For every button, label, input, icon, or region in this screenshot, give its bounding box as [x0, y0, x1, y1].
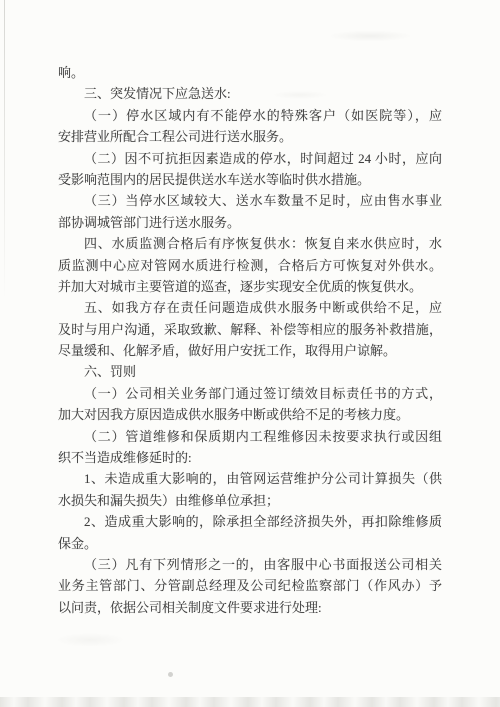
text-line: 三、突发情况下应急送水:: [58, 83, 442, 104]
scan-bottom-edge: [0, 697, 500, 707]
text-line: 业务主管部门、分管副总经理及公司纪检监察部门（作风办）予: [58, 575, 442, 596]
text-line: 安排营业所配合工程公司进行送水服务。: [58, 126, 442, 147]
text-line: 尽量缓和、化解矛盾，做好用户安抚工作，取得用户谅解。: [58, 340, 442, 361]
text-line: 部协调城管部门进行送水服务。: [58, 212, 442, 233]
text-line: （三）凡有下列情形之一的，由客服中心书面报送公司相关: [58, 554, 442, 575]
scan-edge-artifact: [4, 0, 5, 300]
text-line: 并加大对城市主要管道的巡查，逐步实现安全优质的恢复供水。: [58, 276, 442, 297]
text-line: 及时与用户沟通，采取致歉、解释、补偿等相应的服务补救措施，: [58, 319, 442, 340]
text-line: 响。: [58, 62, 442, 83]
text-line: 织不当造成维修延时的:: [58, 447, 442, 468]
text-line: 受影响范围内的居民提供送水车送水等临时供水措施。: [58, 169, 442, 190]
text-line: 2、造成重大影响的，除承担全部经济损失外，再扣除维修质: [58, 511, 442, 532]
text-line: 水损失和漏失损失）由维修单位承担；: [58, 490, 442, 511]
text-line: 保金。: [58, 533, 442, 554]
text-line: 1、未造成重大影响的，由管网运营维护分公司计算损失（供: [58, 468, 442, 489]
document-text-block: 响。三、突发情况下应急送水:（一）停水区域内有不能停水的特殊客户（如医院等），应…: [58, 62, 442, 618]
text-line: 五、如我方存在责任问题造成供水服务中断或供给不足，应: [58, 297, 442, 318]
text-line: 六、罚则: [58, 361, 442, 382]
text-line: （一）停水区域内有不能停水的特殊客户（如医院等），应: [58, 105, 442, 126]
text-line: 以问责，依据公司相关制度文件要求进行处理:: [58, 597, 442, 618]
text-line: 质监测中心应对管网水质进行检测，合格后方可恢复对外供水。: [58, 255, 442, 276]
scanned-document-page: 响。三、突发情况下应急送水:（一）停水区域内有不能停水的特殊客户（如医院等），应…: [0, 0, 500, 707]
text-line: 四、水质监测合格后有序恢复供水：恢复自来水供应时，水: [58, 233, 442, 254]
text-line: （二）管道维修和保质期内工程维修因未按要求执行或因组: [58, 426, 442, 447]
text-line: 加大对因我方原因造成供水服务中断或供给不足的考核力度。: [58, 404, 442, 425]
text-line: （三）当停水区域较大、送水车数量不足时，应由售水事业: [58, 190, 442, 211]
text-line: （一）公司相关业务部门通过签订绩效目标责任书的方式，: [58, 383, 442, 404]
scan-speck: [168, 672, 173, 677]
text-line: （二）因不可抗拒因素造成的停水，时间超过 24 小时，应向: [58, 148, 442, 169]
